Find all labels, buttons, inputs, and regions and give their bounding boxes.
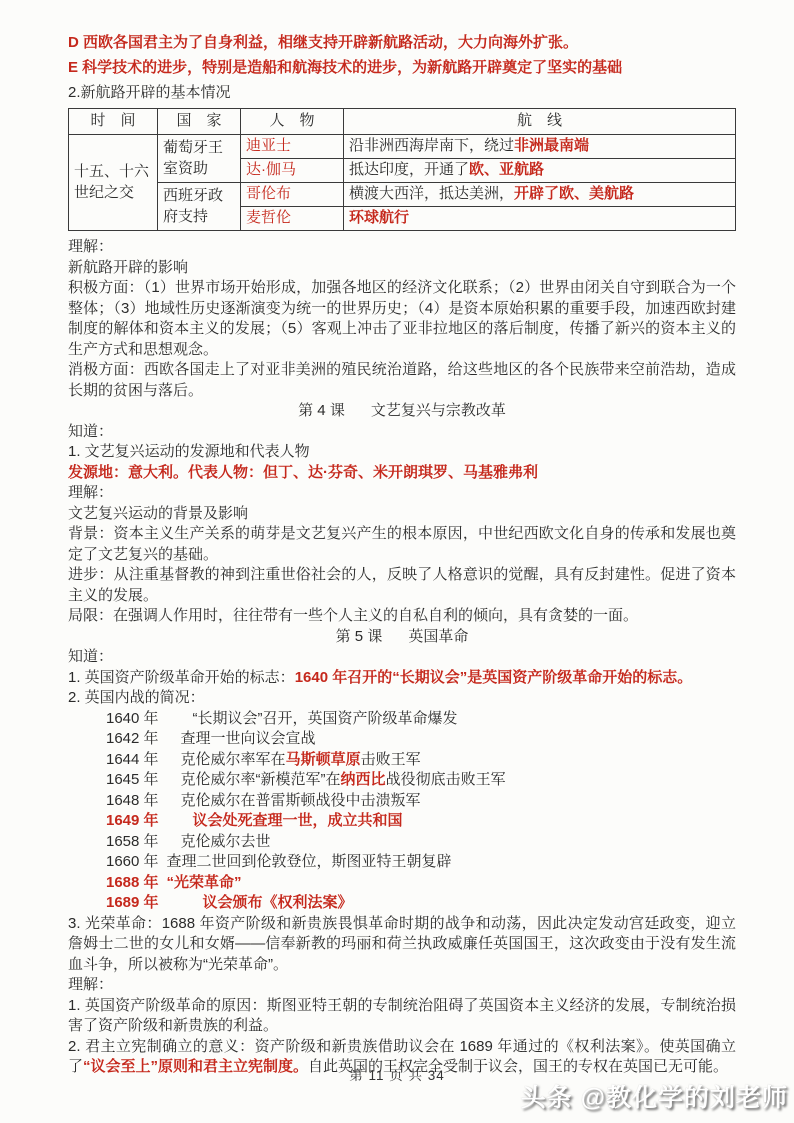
renaissance-background: 背景：资本主义生产关系的萌芽是文艺复兴产生的根本原因，中世纪西欧文化自身的传承和… — [68, 524, 736, 565]
timeline-event: 查理一世向议会宣战 — [181, 730, 316, 747]
negative-aspects: 消极方面：西欧各国走上了对亚非美洲的殖民统治道路，给这些地区的各个民族带来空前浩… — [68, 360, 736, 401]
route-text: 抵达印度，开通了 — [349, 161, 469, 178]
item-text: 1. 英国资产阶级革命开始的标志： — [68, 669, 295, 686]
lesson-4-section: 第 4 课文艺复兴与宗教改革 知道： 1. 文艺复兴运动的发源地和代表人物 发源… — [68, 401, 736, 627]
cell-person-gama: 达·伽马 — [241, 159, 344, 183]
timeline-entry-1640: 1640 年“长期议会”召开，英国资产阶级革命爆发 — [106, 709, 736, 730]
new-route-understanding: 理解： 新航路开辟的影响 积极方面：（1）世界市场开始形成，加强各地区的经济文化… — [68, 237, 736, 401]
page-content: D 西欧各国君主为了自身利益，相继支持开辟新航路活动，大力向海外扩张。 E 科学… — [68, 30, 736, 1078]
cell-person-magellan: 麦哲伦 — [241, 207, 344, 231]
cell-route-gama: 抵达印度，开通了欧、亚航路 — [344, 159, 736, 183]
timeline-entry-1658: 1658 年克伦威尔去世 — [106, 832, 736, 853]
timeline-event: 查理二世回到伦敦登位，斯图亚特王朝复辟 — [167, 853, 452, 870]
voyage-table-caption: 2.新航路开辟的基本情况 — [68, 80, 736, 105]
renaissance-progress: 进步：从注重基督教的神到注重世俗社会的人，反映了人格意识的觉醒，具有反封建性。促… — [68, 565, 736, 606]
cell-person-dias: 迪亚士 — [241, 135, 344, 159]
timeline-year: 1660 年 — [106, 852, 159, 873]
timeline-year: 1642 年 — [106, 729, 159, 750]
timeline-entry-1648: 1648 年克伦威尔在普雷斯顿战役中击溃叛军 — [106, 791, 736, 812]
timeline-year: 1689 年 — [106, 893, 159, 914]
lesson-5-section: 第 5 课英国革命 知道： 1. 英国资产阶级革命开始的标志：1640 年召开的… — [68, 627, 736, 1078]
lesson-name: 英国革命 — [408, 628, 468, 645]
timeline-event: 克伦威尔在普雷斯顿战役中击溃叛军 — [181, 792, 421, 809]
col-header-person: 人 物 — [241, 109, 344, 135]
revolution-start-mark: 1. 英国资产阶级革命开始的标志：1640 年召开的“长期议会”是英国资产阶级革… — [68, 668, 736, 689]
timeline-entry-1688: 1688 年“光荣革命” — [106, 873, 736, 894]
renaissance-subtitle: 文艺复兴运动的背景及影响 — [68, 504, 736, 525]
route-highlight: 欧、亚航路 — [469, 161, 544, 178]
cause-point-d: D 西欧各国君主为了自身利益，相继支持开辟新航路活动，大力向海外扩张。 — [68, 30, 736, 55]
voyage-table-header-row: 时 间 国 家 人 物 航 线 — [69, 109, 736, 135]
document-page: D 西欧各国君主为了自身利益，相继支持开辟新航路活动，大力向海外扩张。 E 科学… — [0, 0, 794, 1123]
timeline-event: 克伦威尔率“新模范军”在 — [181, 771, 341, 788]
timeline-year: 1644 年 — [106, 750, 159, 771]
positive-aspects: 积极方面：（1）世界市场开始形成，加强各地区的经济文化联系；（2）世界由闭关自守… — [68, 278, 736, 360]
know-item: 1. 文艺复兴运动的发源地和代表人物 — [68, 442, 736, 463]
understand-label: 理解： — [68, 237, 736, 258]
cause-point-e: E 科学技术的进步，特别是造船和航海技术的进步，为新航路开辟奠定了坚实的基础 — [68, 55, 736, 80]
timeline-year: 1658 年 — [106, 832, 159, 853]
timeline-year: 1688 年 — [106, 873, 159, 894]
cell-person-columbus: 哥伦布 — [241, 183, 344, 207]
route-highlight: 非洲最南端 — [514, 137, 589, 154]
cell-time-span: 十五、十六世纪之交 — [69, 135, 158, 231]
timeline-entry-1644: 1644 年克伦威尔率军在马斯顿草原击败王军 — [106, 750, 736, 771]
new-route-causes: D 西欧各国君主为了自身利益，相继支持开辟新航路活动，大力向海外扩张。 E 科学… — [68, 30, 736, 105]
timeline-entry-1642: 1642 年查理一世向议会宣战 — [106, 729, 736, 750]
timeline-year: 1648 年 — [106, 791, 159, 812]
timeline-event-highlight: 纳西比 — [341, 771, 386, 788]
table-row: 十五、十六世纪之交 葡萄牙王室资助 迪亚士 沿非洲西海岸南下，绕过非洲最南端 — [69, 135, 736, 159]
col-header-time: 时 间 — [69, 109, 158, 135]
route-text: 沿非洲西海岸南下，绕过 — [349, 137, 514, 154]
revolution-reason: 1. 英国资产阶级革命的原因：斯图亚特王朝的专制统治阻碍了英国资本主义经济的发展… — [68, 996, 736, 1037]
glorious-revolution: 3. 光荣革命：1688 年资产阶级和新贵族畏惧革命时期的战争和动荡，因此决定发… — [68, 914, 736, 976]
col-header-route: 航 线 — [344, 109, 736, 135]
cell-country-spain: 西班牙政府支持 — [158, 183, 241, 231]
timeline-event-highlight: “光荣革命” — [167, 874, 242, 891]
timeline-event: 战役彻底击败王军 — [386, 771, 506, 788]
timeline-event-highlight: 议会颁布《权利法案》 — [203, 894, 353, 911]
timeline-entry-1660: 1660 年查理二世回到伦敦登位，斯图亚特王朝复辟 — [106, 852, 736, 873]
lesson-number: 第 5 课 — [336, 628, 383, 645]
understand-label: 理解： — [68, 483, 736, 504]
watermark: 头条 @教化学的刘老师 — [521, 1078, 788, 1114]
timeline-event-highlight: 马斯顿草原 — [286, 751, 361, 768]
item-highlight: 1640 年召开的“长期议会”是英国资产阶级革命开始的标志。 — [295, 669, 693, 686]
timeline-event-highlight: 议会处死查理一世，成立共和国 — [193, 812, 403, 829]
know-answer: 发源地：意大利。代表人物：但丁、达·芬奇、米开朗琪罗、马基雅弗利 — [68, 463, 736, 484]
table-row: 西班牙政府支持 哥伦布 横渡大西洋，抵达美洲，开辟了欧、美航路 — [69, 183, 736, 207]
know-label: 知道： — [68, 647, 736, 668]
route-highlight: 开辟了欧、美航路 — [514, 185, 634, 202]
renaissance-limitation: 局限：在强调人作用时，往往带有一些个人主义的自私自利的倾向，具有贪婪的一面。 — [68, 606, 736, 627]
cell-route-dias: 沿非洲西海岸南下，绕过非洲最南端 — [344, 135, 736, 159]
lesson-4-title: 第 4 课文艺复兴与宗教改革 — [68, 401, 736, 422]
know-label: 知道： — [68, 422, 736, 443]
timeline-event: 克伦威尔去世 — [181, 833, 271, 850]
timeline-event: 击败王军 — [361, 751, 421, 768]
timeline-year: 1649 年 — [106, 811, 159, 832]
route-highlight: 环球航行 — [349, 209, 409, 226]
timeline-year: 1640 年 — [106, 709, 159, 730]
timeline-entry-1649: 1649 年议会处死查理一世，成立共和国 — [106, 811, 736, 832]
understand-label: 理解： — [68, 975, 736, 996]
influence-subtitle: 新航路开辟的影响 — [68, 258, 736, 279]
voyage-table: 时 间 国 家 人 物 航 线 十五、十六世纪之交 葡萄牙王室资助 迪亚士 沿非… — [68, 108, 736, 231]
cell-route-columbus: 横渡大西洋，抵达美洲，开辟了欧、美航路 — [344, 183, 736, 207]
civil-war-item: 2. 英国内战的简况： — [68, 688, 736, 709]
col-header-country: 国 家 — [158, 109, 241, 135]
timeline-entry-1689: 1689 年议会颁布《权利法案》 — [106, 893, 736, 914]
lesson-5-title: 第 5 课英国革命 — [68, 627, 736, 648]
timeline-event: “长期议会”召开，英国资产阶级革命爆发 — [193, 710, 458, 727]
timeline-entry-1645: 1645 年克伦威尔率“新模范军”在纳西比战役彻底击败王军 — [106, 770, 736, 791]
timeline-event: 克伦威尔率军在 — [181, 751, 286, 768]
cell-country-portugal: 葡萄牙王室资助 — [158, 135, 241, 183]
timeline-year: 1645 年 — [106, 770, 159, 791]
cell-route-magellan: 环球航行 — [344, 207, 736, 231]
lesson-number: 第 4 课 — [298, 402, 345, 419]
route-text: 横渡大西洋，抵达美洲， — [349, 185, 514, 202]
lesson-name: 文艺复兴与宗教改革 — [371, 402, 506, 419]
